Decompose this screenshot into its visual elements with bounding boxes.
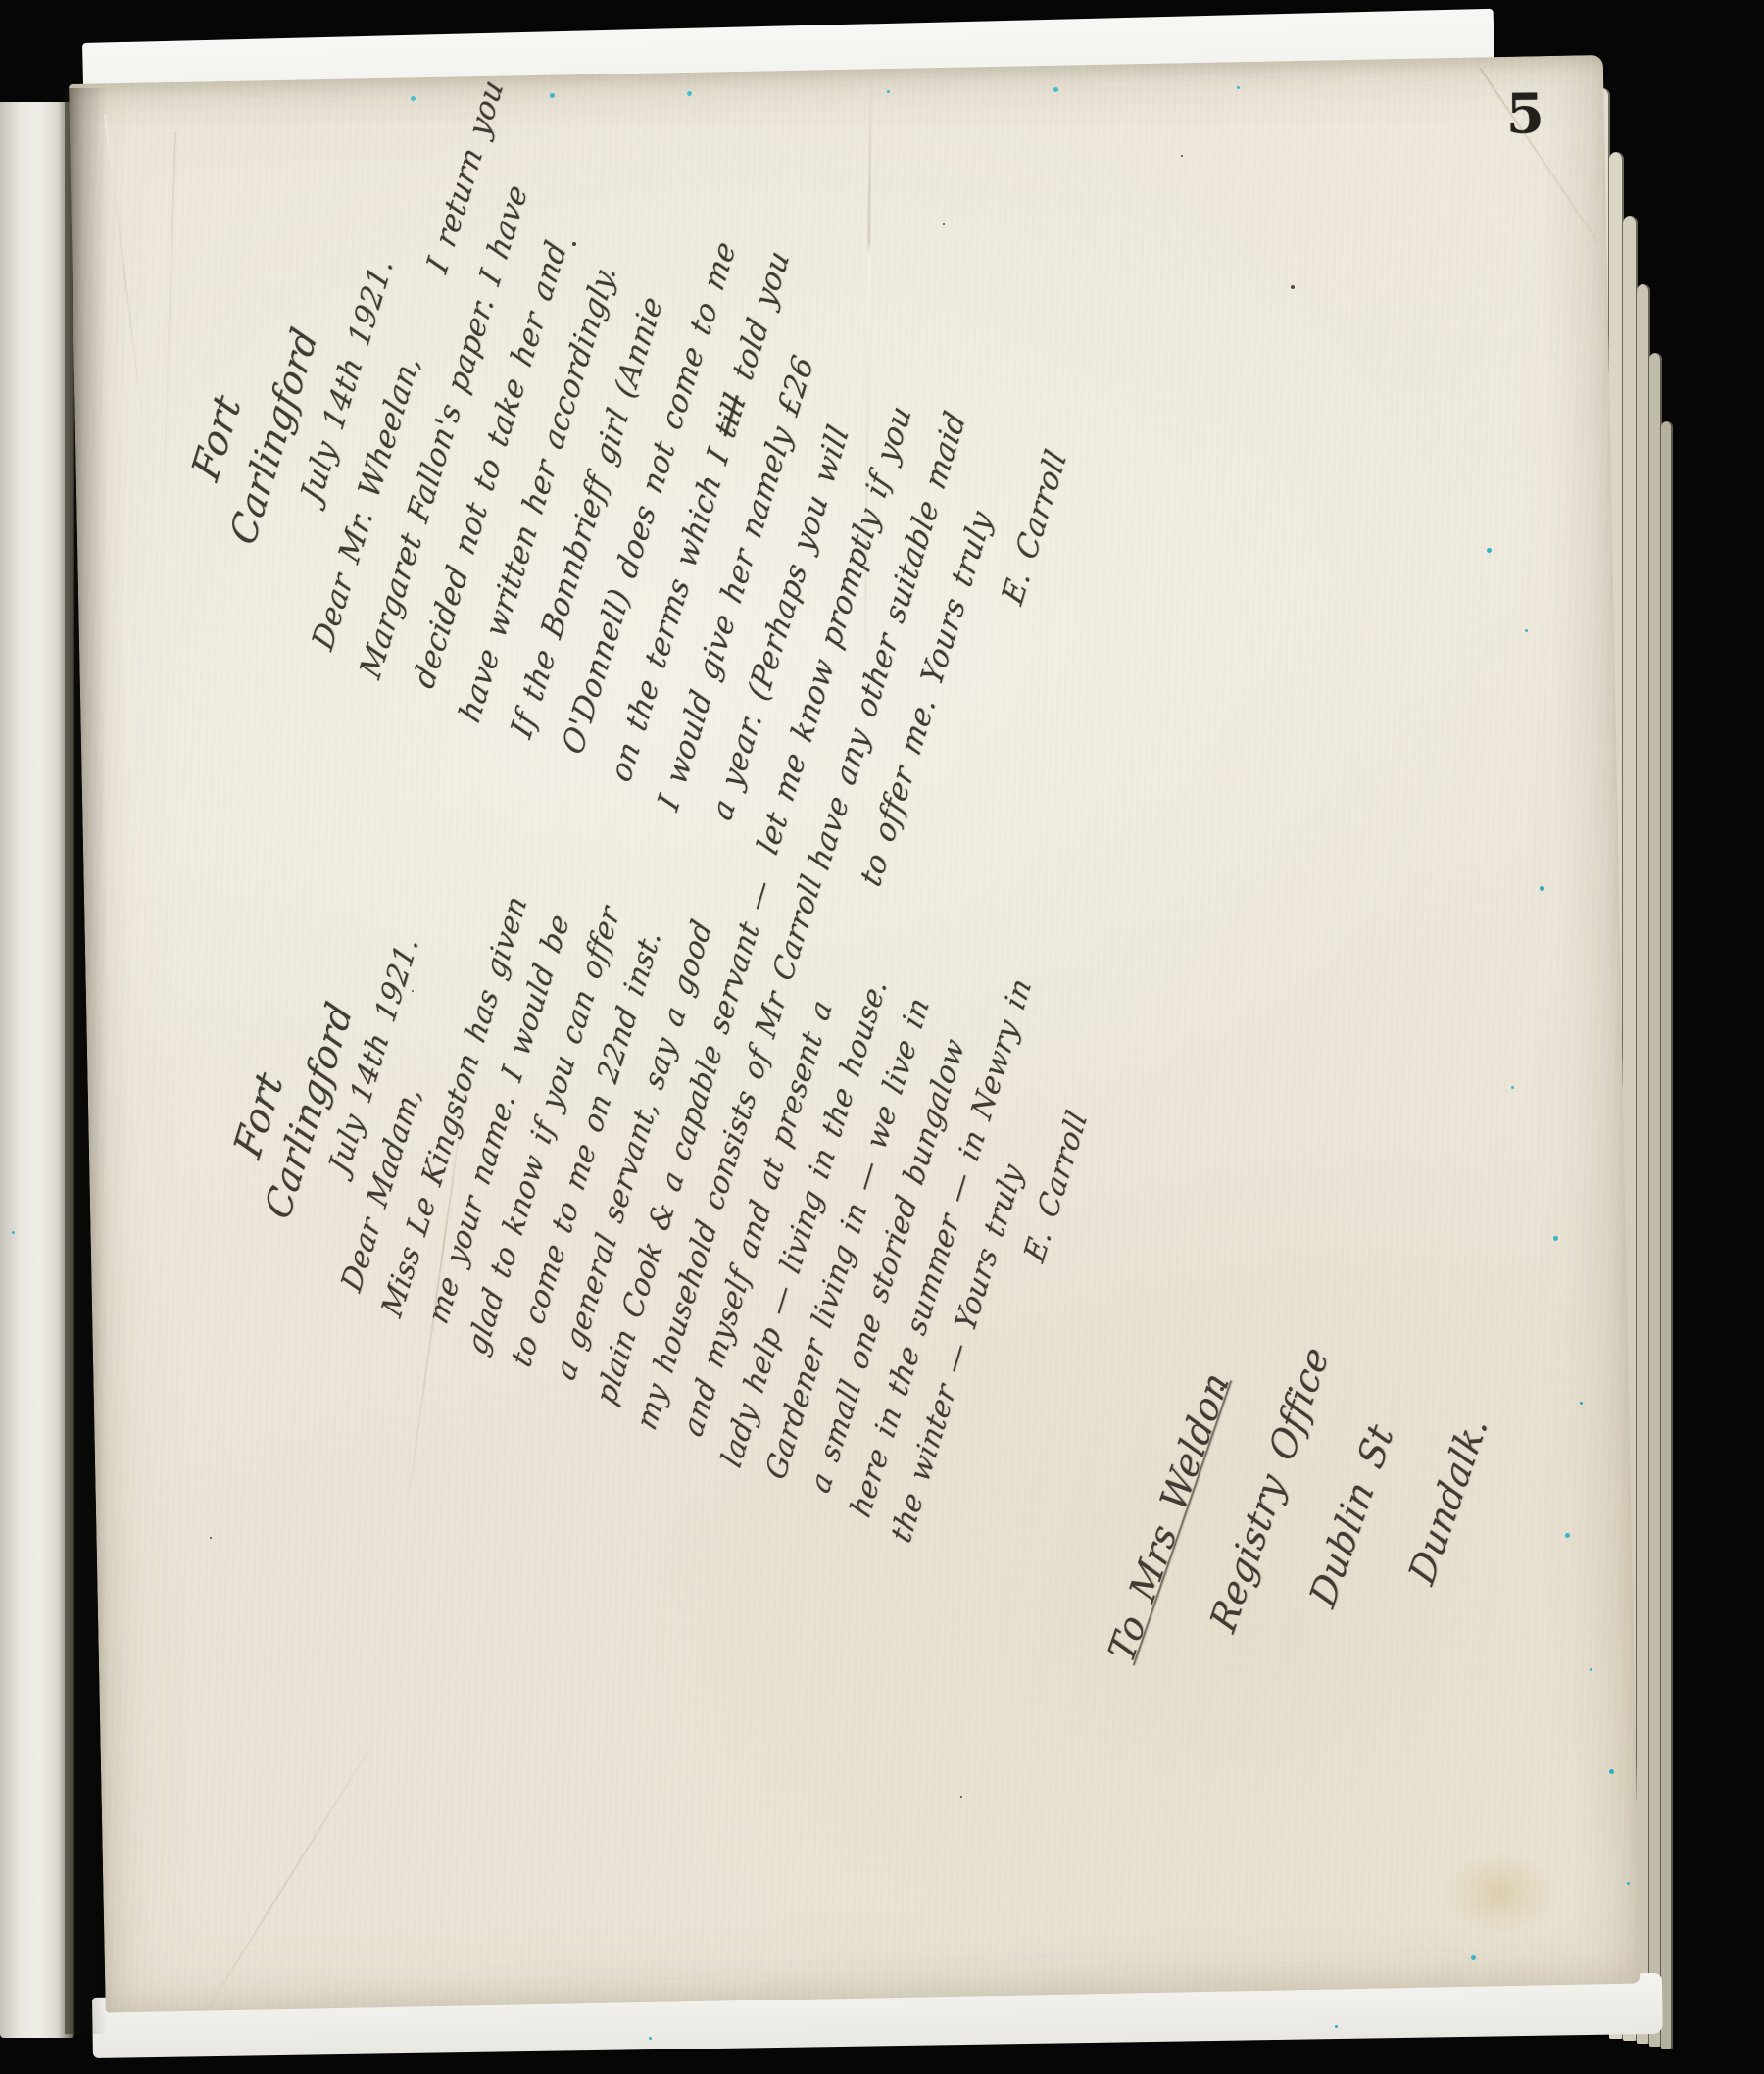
- paper-crease: [156, 131, 176, 700]
- book-gutter-shadow: [65, 88, 108, 2034]
- recipient-address-block: To Mrs Weldon Registry Office Dublin St …: [1081, 1290, 1516, 1787]
- page-edge: [1637, 284, 1650, 2044]
- page-edge: [1661, 421, 1673, 2049]
- paper-stain: [1441, 1850, 1560, 1935]
- dust-specks: [0, 0, 2, 2]
- paper-crease: [181, 1717, 390, 2013]
- left-page-edge: [0, 102, 74, 2038]
- notebook-page: 5 Fort Carlingford July 14th 1921. Dear …: [69, 55, 1640, 2013]
- handwritten-letter-2: Fort Carlingford July 14th 1921. Dear Ma…: [200, 630, 1146, 1569]
- letterbook-photo: 5 Fort Carlingford July 14th 1921. Dear …: [0, 0, 1764, 2074]
- paper-crease: [104, 114, 145, 425]
